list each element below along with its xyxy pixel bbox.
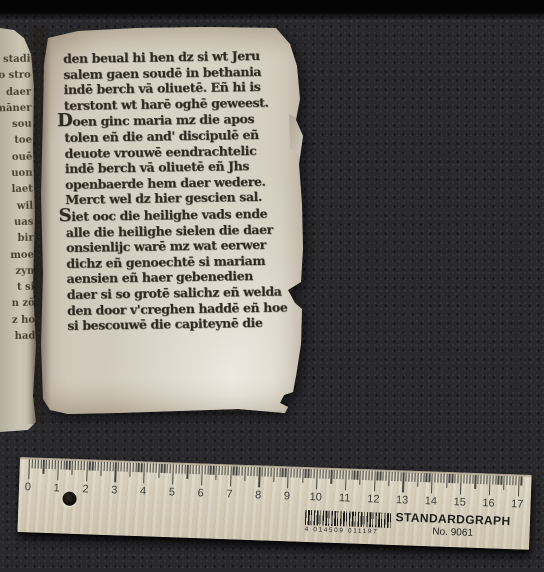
manuscript-line: openbaerde hem daer wedere. — [65, 173, 277, 192]
ruler-tick — [402, 472, 404, 492]
ruler-tick — [293, 469, 294, 478]
ruler-cm-label: 4 — [140, 485, 147, 497]
ruler-cm-label: 14 — [425, 495, 438, 507]
ruler-tick — [337, 470, 338, 479]
ruler-tick — [170, 464, 171, 473]
ruler-tick — [457, 474, 458, 483]
ruler-tick — [291, 468, 292, 477]
ruler-tick — [210, 466, 211, 475]
ruler-tick — [423, 473, 424, 482]
ruler-tick — [316, 469, 318, 489]
ruler-tick — [273, 468, 275, 482]
manuscript-line: Doen ginc maria mz die apos — [57, 110, 276, 130]
ruler-tick — [314, 469, 315, 478]
ruler-tick — [483, 475, 484, 484]
ruler-tick — [92, 462, 93, 471]
ruler-tick — [492, 475, 493, 484]
ruler-tick — [227, 466, 228, 475]
ruler-tick — [141, 463, 142, 472]
ruler-tick — [175, 464, 176, 473]
ruler-tick — [100, 462, 102, 476]
ruler-tick — [69, 461, 70, 470]
ruler-tick — [463, 474, 464, 483]
ruler-tick — [515, 476, 516, 485]
ruler-tick — [345, 470, 347, 490]
ruler-tick — [221, 466, 222, 475]
ruler-tick — [498, 476, 499, 485]
ruler-tick — [417, 473, 419, 487]
ruler-tick — [429, 473, 430, 482]
ruler-cm-label: 5 — [169, 486, 176, 498]
ruler-tick — [342, 470, 343, 479]
ruler-tick — [224, 466, 225, 475]
ruler-tick — [32, 459, 33, 468]
ruler-tick — [247, 467, 248, 476]
ruler-tick — [322, 470, 323, 479]
page-edge-fold — [289, 114, 305, 158]
ruler-tick — [253, 467, 254, 476]
ruler-tick — [302, 469, 304, 483]
ruler-tick — [299, 469, 300, 478]
ruler-tick — [409, 473, 410, 482]
ruler-tick — [258, 467, 260, 487]
ruler-tick — [135, 463, 136, 472]
facing-page-fragment: bir — [0, 231, 34, 248]
ruler-tick — [411, 473, 412, 482]
manuscript-line: den door v'creghen haddē eñ hoe — [67, 299, 279, 318]
manuscript-leaf: den beual hi hen dz si wt Jerusalem gaen… — [38, 24, 308, 419]
ruler-tick — [28, 459, 30, 479]
ruler-tick — [152, 464, 153, 473]
facing-page-fragment: daer — [0, 84, 31, 101]
ruler-tick — [256, 467, 257, 476]
ruler-tick — [46, 460, 47, 469]
ruler-tick — [126, 463, 127, 472]
ruler-tick — [98, 462, 99, 471]
ruler-tick — [190, 465, 191, 474]
manuscript-line: dichz eñ genoechtē si mariam — [66, 252, 278, 271]
ruler-tick — [311, 469, 312, 478]
ruler-tick — [455, 474, 456, 483]
ruler-tick — [279, 468, 280, 477]
ruler-tick — [426, 473, 427, 482]
ruler-brand-block: STANDARDGRAPH No. 9061 — [389, 510, 516, 540]
ruler-cm-label: 0 — [25, 481, 32, 493]
manuscript-line: alle die heilighe sielen die daer — [66, 221, 278, 240]
ruler-tick — [75, 461, 76, 470]
facing-page-fragment: n zō — [0, 296, 35, 313]
ruler-tick — [383, 472, 384, 481]
ruler-tick — [244, 467, 246, 481]
ruler-tick — [363, 471, 364, 480]
ruler-tick — [172, 464, 174, 484]
ruler-tick — [475, 475, 477, 489]
facing-page-fragment: laet — [0, 182, 33, 199]
ruler-tick — [469, 475, 470, 484]
ruler-tick — [377, 471, 378, 480]
ruler-hanging-hole — [62, 492, 76, 506]
ruler-tick — [506, 476, 507, 485]
ruler-tick — [49, 460, 50, 469]
black-top-band — [0, 0, 544, 20]
ruler-tick — [34, 460, 35, 469]
facing-page-fragment: so stro — [0, 68, 31, 85]
ruler-tick — [431, 473, 433, 493]
ruler-tick — [143, 463, 145, 483]
manuscript-line: Siet ooc die heilighe vads ende — [58, 205, 277, 225]
ruler-tick — [282, 468, 283, 477]
ruler-tick — [129, 463, 131, 477]
ruler-tick — [359, 471, 361, 485]
ruler-tick — [66, 461, 67, 470]
facing-page-fragment: māner — [0, 101, 32, 118]
ruler-tick — [374, 471, 376, 491]
ruler-tick — [57, 460, 59, 480]
ruler-tick — [37, 460, 38, 469]
ruler-tick — [397, 472, 398, 481]
ruler-tick — [460, 474, 462, 494]
ruler-cm-label: 15 — [453, 496, 466, 508]
facing-page-fragment: zyn — [0, 264, 34, 281]
ruler-tick — [371, 471, 372, 480]
ruler-tick — [268, 468, 269, 477]
ruler-tick — [103, 462, 104, 471]
manuscript-line: daer si so grotē salichz eñ welda — [67, 284, 279, 303]
manuscript-line: indē berch vā oliuetē. Eñ hi is — [63, 79, 275, 98]
ruler-tick — [184, 465, 185, 474]
ruler-cm-label: 1 — [53, 482, 60, 494]
ruler-cm-label: 10 — [309, 491, 322, 503]
facing-page-fragment: z ho — [0, 312, 35, 329]
ruler-tick — [354, 471, 355, 480]
manuscript-line: deuote vrouwē eendrachtelic — [64, 142, 276, 161]
facing-page-fragment: ouē — [0, 149, 32, 166]
ruler-tick — [78, 461, 79, 470]
ruler-tick — [328, 470, 329, 479]
ruler-tick — [181, 465, 182, 474]
ruler-tick — [503, 476, 505, 490]
ruler-tick — [414, 473, 415, 482]
ruler-tick — [204, 465, 205, 474]
ruler-tick — [158, 464, 160, 478]
ruler-tick — [198, 465, 199, 474]
ruler-tick — [365, 471, 366, 480]
ruler-cm-label: 3 — [111, 484, 118, 496]
ruler-tick — [132, 463, 133, 472]
ruler-tick — [386, 472, 387, 481]
ruler-tick — [472, 475, 473, 484]
ruler-tick — [380, 472, 381, 481]
ruler-tick — [351, 471, 352, 480]
ruler-tick — [509, 476, 510, 485]
ruler-tick — [83, 461, 84, 470]
ruler-tick — [449, 474, 450, 483]
ruler-tick — [319, 469, 320, 478]
ruler-cm-label: 12 — [367, 493, 380, 505]
manuscript-line: si bescouwē die capiteynē die — [67, 315, 279, 334]
ruler-tick — [124, 463, 125, 472]
ruler-tick — [512, 476, 513, 485]
ruler-tick — [262, 467, 263, 476]
manuscript-text-block: den beual hi hen dz si wt Jerusalem gaen… — [63, 48, 279, 334]
ruler-tick — [216, 466, 218, 480]
manuscript-line: tolen eñ die and' discipulē eñ — [64, 127, 276, 146]
ruler-tick — [187, 465, 189, 479]
ruler-tick — [501, 476, 502, 485]
ruler-tick — [43, 460, 45, 474]
facing-page-fragment: uon — [0, 166, 33, 183]
ruler: 01234567891011121314151617 4 014509 0111… — [17, 457, 531, 550]
ruler-cm-label: 7 — [226, 488, 233, 500]
ruler-tick — [193, 465, 194, 474]
ruler-tick — [201, 465, 203, 485]
ruler-tick — [236, 467, 237, 476]
ruler-cm-label: 17 — [511, 498, 524, 510]
ruler-tick — [121, 463, 122, 472]
ruler-tick — [521, 476, 522, 485]
ruler-tick — [95, 462, 96, 471]
ruler-tick — [285, 468, 286, 477]
photo-canvas: stadiso strodaermānersoutoeouēuonlaetwil… — [0, 0, 544, 572]
ruler-cm-label: 11 — [339, 492, 351, 504]
ruler-cm-label: 9 — [284, 490, 291, 502]
ruler-tick — [118, 462, 119, 471]
ruler-tick — [161, 464, 162, 473]
ruler-tick — [40, 460, 41, 469]
manuscript-line: den beual hi hen dz si wt Jeru — [63, 48, 275, 67]
ruler-tick — [80, 461, 81, 470]
barcode-bars-icon — [305, 510, 391, 528]
ruler-tick — [150, 464, 151, 473]
ruler-cm-label: 6 — [197, 487, 204, 499]
facing-page-fragment: wil — [0, 198, 33, 215]
ruler-tick — [331, 470, 333, 484]
ruler-tick — [486, 475, 487, 484]
ruler-tick — [72, 461, 74, 475]
ruler-tick — [466, 475, 467, 484]
ruler-tick — [239, 467, 240, 476]
ruler-tick — [368, 471, 369, 480]
ruler-tick — [276, 468, 277, 477]
ruler-tick — [357, 471, 358, 480]
ruler-tick — [308, 469, 309, 478]
ruler-tick — [339, 470, 340, 479]
ruler-tick — [406, 472, 407, 481]
ruler-tick — [420, 473, 421, 482]
facing-page-fragment: sou — [0, 117, 32, 134]
ruler-tick — [155, 464, 156, 473]
ruler-tick — [305, 469, 306, 478]
ruler-tick — [207, 466, 208, 475]
ruler-tick — [265, 468, 266, 477]
ruler-tick — [388, 472, 390, 486]
facing-page-fragment: stadi — [0, 52, 31, 69]
ruler-tick — [440, 474, 441, 483]
ruler-tick — [242, 467, 243, 476]
ruler-tick — [434, 473, 435, 482]
ruler-tick — [178, 465, 179, 474]
ruler-tick — [112, 462, 113, 471]
ruler-tick — [400, 472, 401, 481]
ruler-tick — [270, 468, 271, 477]
manuscript-leaf-wrap: den beual hi hen dz si wt Jerusalem gaen… — [38, 24, 308, 419]
ruler-cm-label: 13 — [396, 494, 409, 506]
ruler-tick — [106, 462, 107, 471]
ruler-tick — [63, 461, 64, 470]
manuscript-line: terstont wt harē oghē geweest. — [64, 94, 276, 113]
ruler-tick — [55, 460, 56, 469]
facing-page-fragment: moe — [0, 247, 34, 264]
ruler-tick — [164, 464, 165, 473]
ruler-tick — [394, 472, 395, 481]
ruler-tick-scale — [20, 457, 532, 475]
facing-page-text-fragments: stadiso strodaermānersoutoeouēuonlaetwil… — [0, 52, 36, 346]
ruler-tick — [296, 469, 297, 478]
ruler-cm-label: 8 — [255, 489, 262, 501]
ruler-tick — [86, 461, 88, 481]
manuscript-line: indē berch vā oliuetē eñ Jhs — [65, 158, 277, 177]
facing-page-fragment: toe — [0, 133, 32, 150]
ruler-tick — [167, 464, 168, 473]
manuscript-line: aensien eñ haer gebenedien — [66, 268, 278, 287]
manuscript-line: salem gaen soudē in bethania — [63, 63, 275, 82]
ruler-tick — [230, 466, 232, 486]
ruler-tick — [233, 466, 234, 475]
facing-page-fragment: uas — [0, 215, 34, 232]
ruler-tick — [452, 474, 453, 483]
ruler-tick — [52, 460, 53, 469]
ruler-tick — [478, 475, 479, 484]
facing-page-sliver: stadiso strodaermānersoutoeouēuonlaetwil… — [0, 26, 40, 432]
ruler-tick — [391, 472, 392, 481]
ruler-tick — [109, 462, 110, 471]
ruler-cm-label: 16 — [482, 497, 495, 509]
ruler-tick — [334, 470, 335, 479]
ruler-tick — [138, 463, 139, 472]
manuscript-line: onsienlijc warē mz wat eerwer — [66, 237, 278, 256]
ruler-tick — [446, 474, 448, 488]
ruler-cm-label: 2 — [82, 483, 89, 495]
ruler-tick — [489, 475, 491, 495]
ruler-tick — [518, 476, 520, 496]
ruler-tick — [481, 475, 482, 484]
ruler-tick — [89, 461, 90, 470]
ruler-tick — [287, 468, 289, 488]
ruler-tick — [213, 466, 214, 475]
ruler-tick — [443, 474, 444, 483]
manuscript-line: Merct wel dz hier gescien sal. — [65, 189, 277, 208]
ruler-tick — [196, 465, 197, 474]
ruler-tick — [60, 460, 61, 469]
facing-page-fragment: had — [0, 329, 36, 346]
facing-page-fragment: t si — [0, 280, 35, 297]
ruler-barcode: 4 014509 011197 — [305, 510, 392, 536]
ruler-tick — [115, 462, 117, 482]
ruler-tick — [437, 474, 438, 483]
ruler-tick — [147, 463, 148, 472]
ruler-tick — [250, 467, 251, 476]
ruler-tick — [348, 470, 349, 479]
ruler-tick — [495, 476, 496, 485]
ruler-tick — [219, 466, 220, 475]
ruler-tick — [325, 470, 326, 479]
